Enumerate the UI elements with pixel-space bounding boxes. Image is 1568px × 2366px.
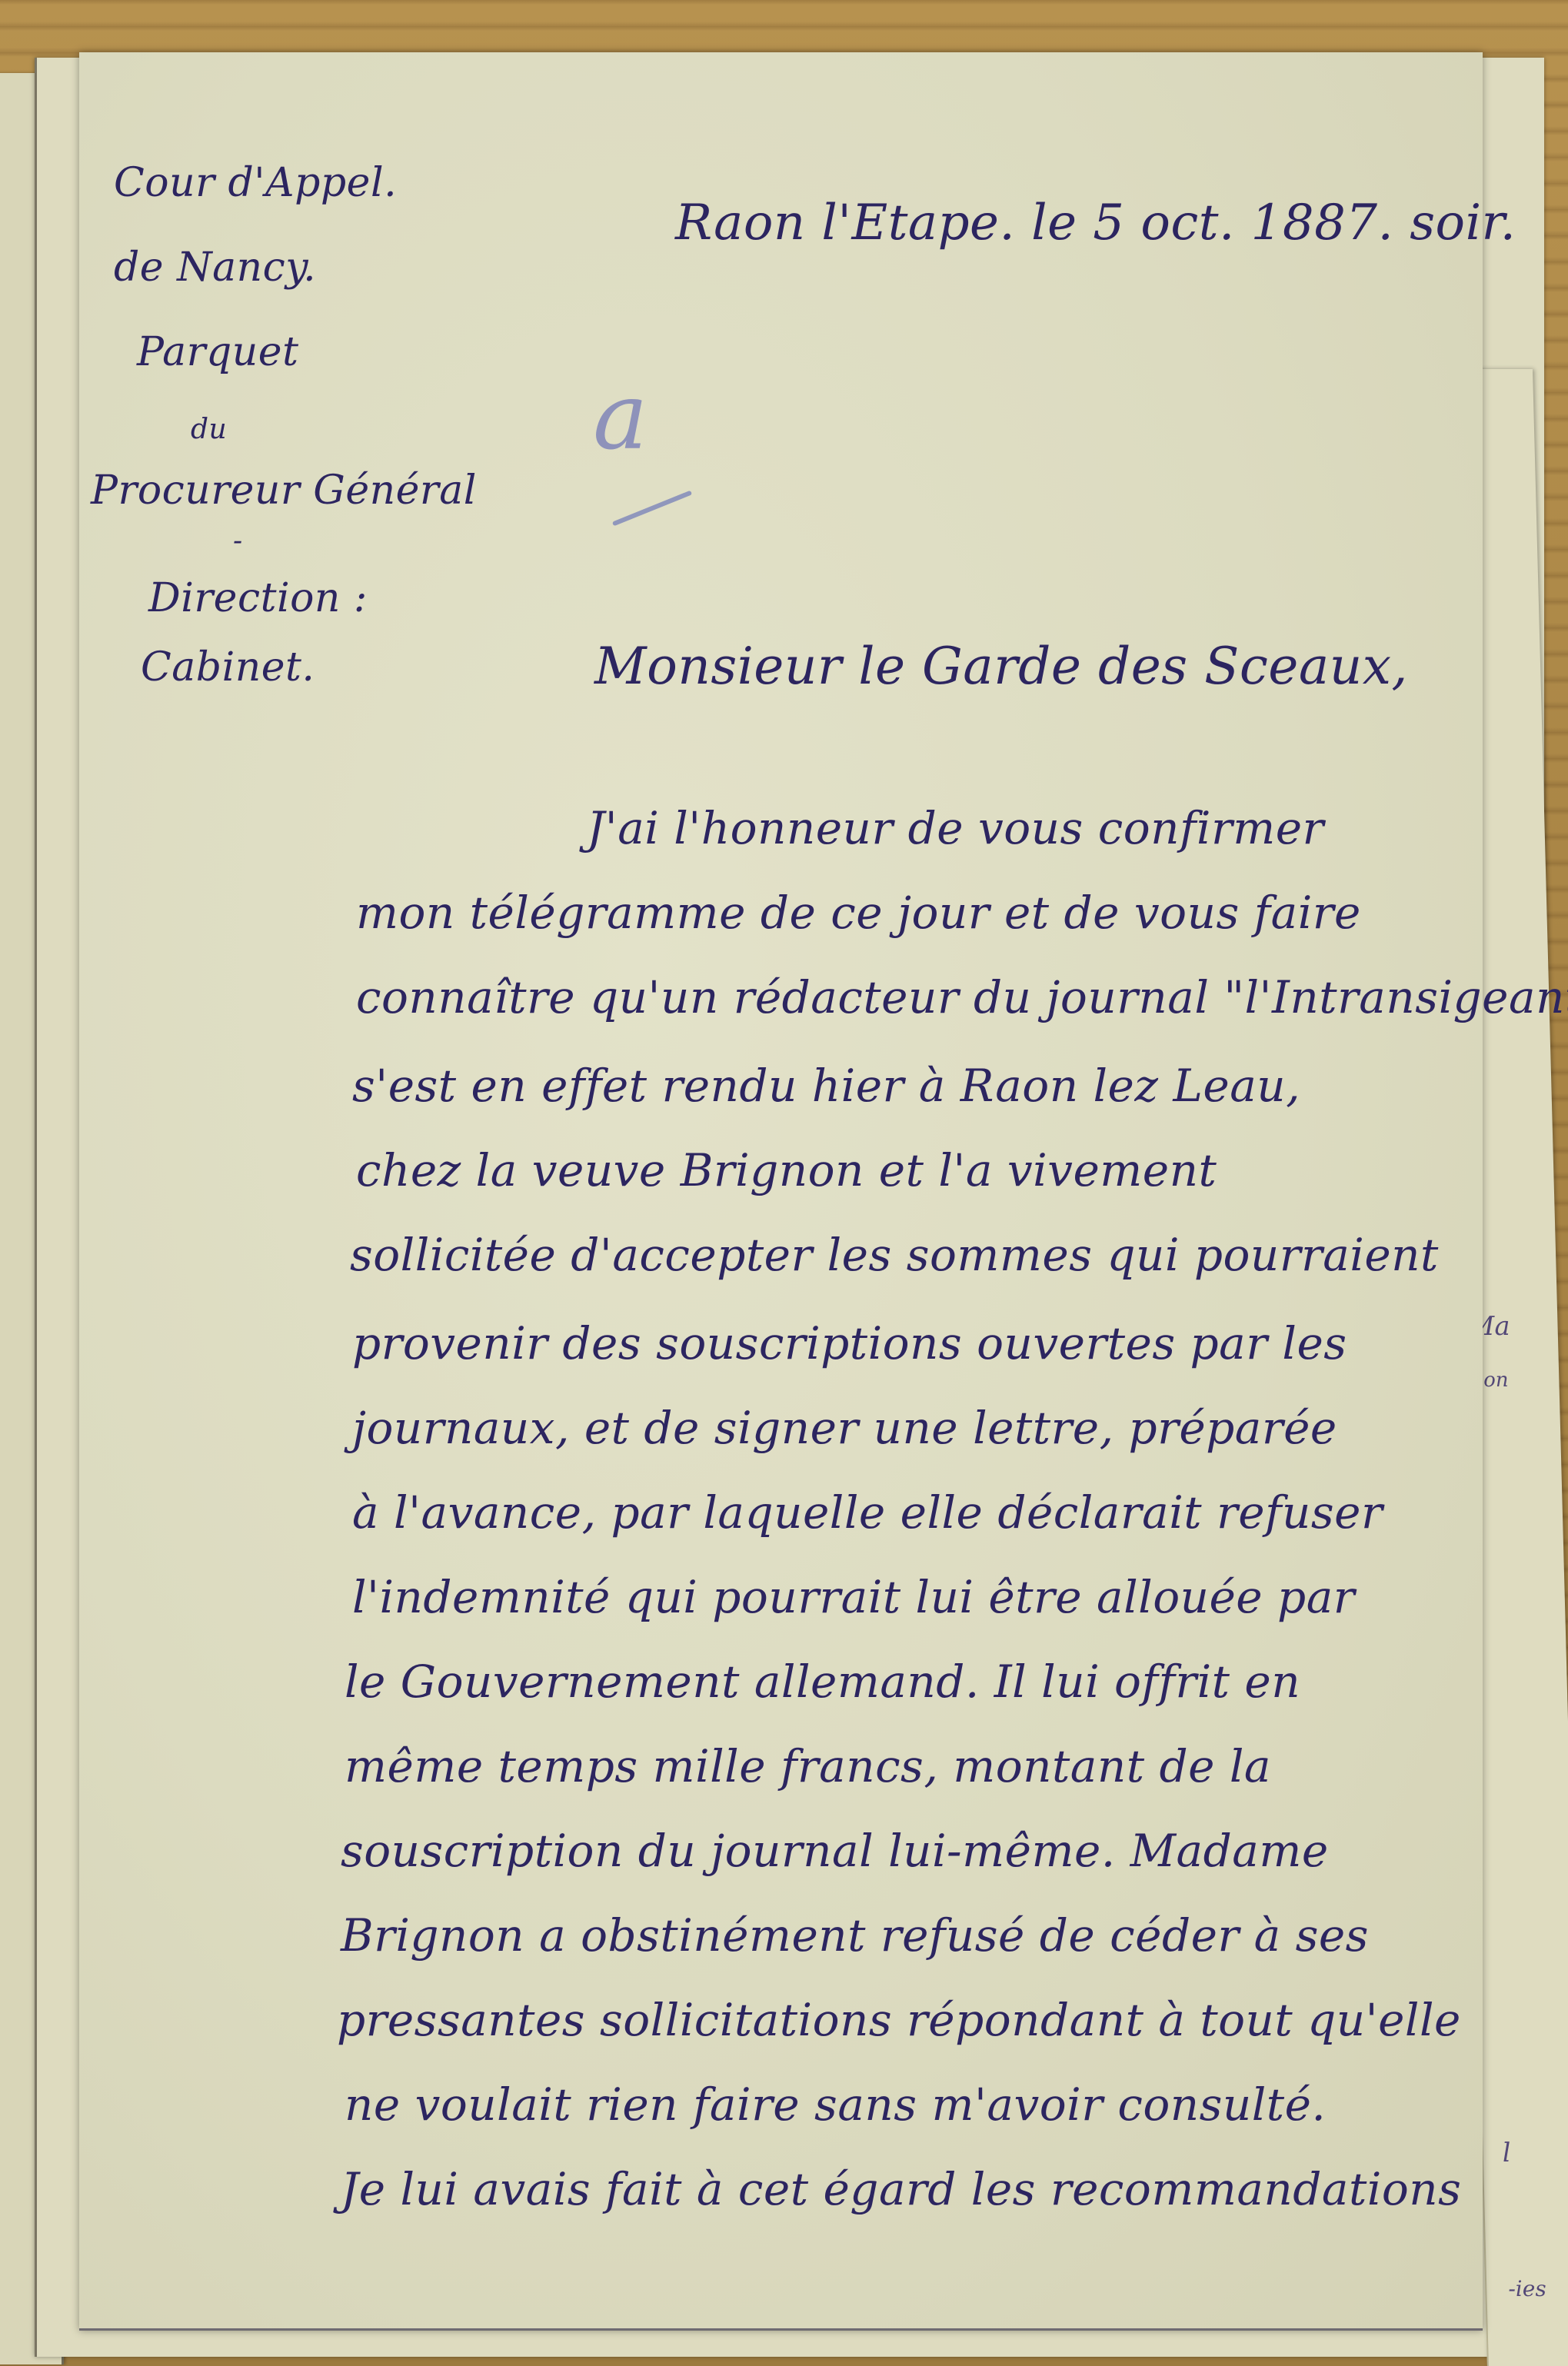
letterhead-parquet: Parquet bbox=[137, 329, 298, 375]
letterhead-city: de Nancy. bbox=[114, 245, 316, 291]
body-line: même temps mille francs, montant de la bbox=[345, 1740, 1271, 1792]
pencil-annotation: a bbox=[593, 364, 648, 471]
body-line: ne voulait rien faire sans m'avoir consu… bbox=[345, 2078, 1326, 2131]
body-line: le Gouvernement allemand. Il lui offrit … bbox=[345, 1656, 1300, 1708]
body-line: mon télégramme de ce jour et de vous fai… bbox=[356, 887, 1361, 939]
body-line: chez la veuve Brignon et l'a vivement bbox=[356, 1144, 1217, 1196]
body-line: souscription du journal lui-même. Madame bbox=[341, 1825, 1329, 1877]
dateline: Raon l'Etape. le 5 oct. 1887. soir. bbox=[675, 195, 1516, 251]
salutation: Monsieur le Garde des Sceaux, bbox=[594, 637, 1408, 696]
letterhead-dash: - bbox=[233, 525, 243, 557]
letter-page: Cour d'Appel. de Nancy. Parquet du Procu… bbox=[79, 52, 1483, 2331]
body-line: Je lui avais fait à cet égard les recomm… bbox=[341, 2163, 1461, 2215]
body-line: pressantes sollicitations répondant à to… bbox=[337, 1994, 1461, 2046]
letterhead-du: du bbox=[191, 414, 227, 445]
body-line: connaître qu'un rédacteur du journal "l'… bbox=[356, 971, 1568, 1023]
body-line: journaux, et de signer une lettre, prépa… bbox=[352, 1402, 1337, 1454]
body-line: Brignon a obstinément refusé de céder à … bbox=[341, 1909, 1369, 1962]
letterhead-court: Cour d'Appel. bbox=[114, 160, 397, 206]
body-line: à l'avance, par laquelle elle déclarait … bbox=[352, 1486, 1383, 1539]
letterhead-cabinet: Cabinet. bbox=[141, 644, 315, 690]
body-line: s'est en effet rendu hier à Raon lez Lea… bbox=[352, 1060, 1300, 1112]
pencil-stroke bbox=[612, 491, 692, 527]
body-line: l'indemnité qui pourrait lui être alloué… bbox=[352, 1571, 1355, 1623]
body-line: provenir des souscriptions ouvertes par … bbox=[352, 1317, 1347, 1369]
margin-fragment: -ies bbox=[1508, 2276, 1546, 2301]
letterhead-procureur: Procureur Général bbox=[91, 468, 477, 514]
body-line: sollicitée d'accepter les sommes qui pou… bbox=[350, 1229, 1439, 1281]
body-line: J'ai l'honneur de vous confirmer bbox=[587, 802, 1324, 854]
margin-fragment: l bbox=[1502, 2138, 1511, 2168]
letterhead-direction: Direction : bbox=[148, 575, 368, 621]
